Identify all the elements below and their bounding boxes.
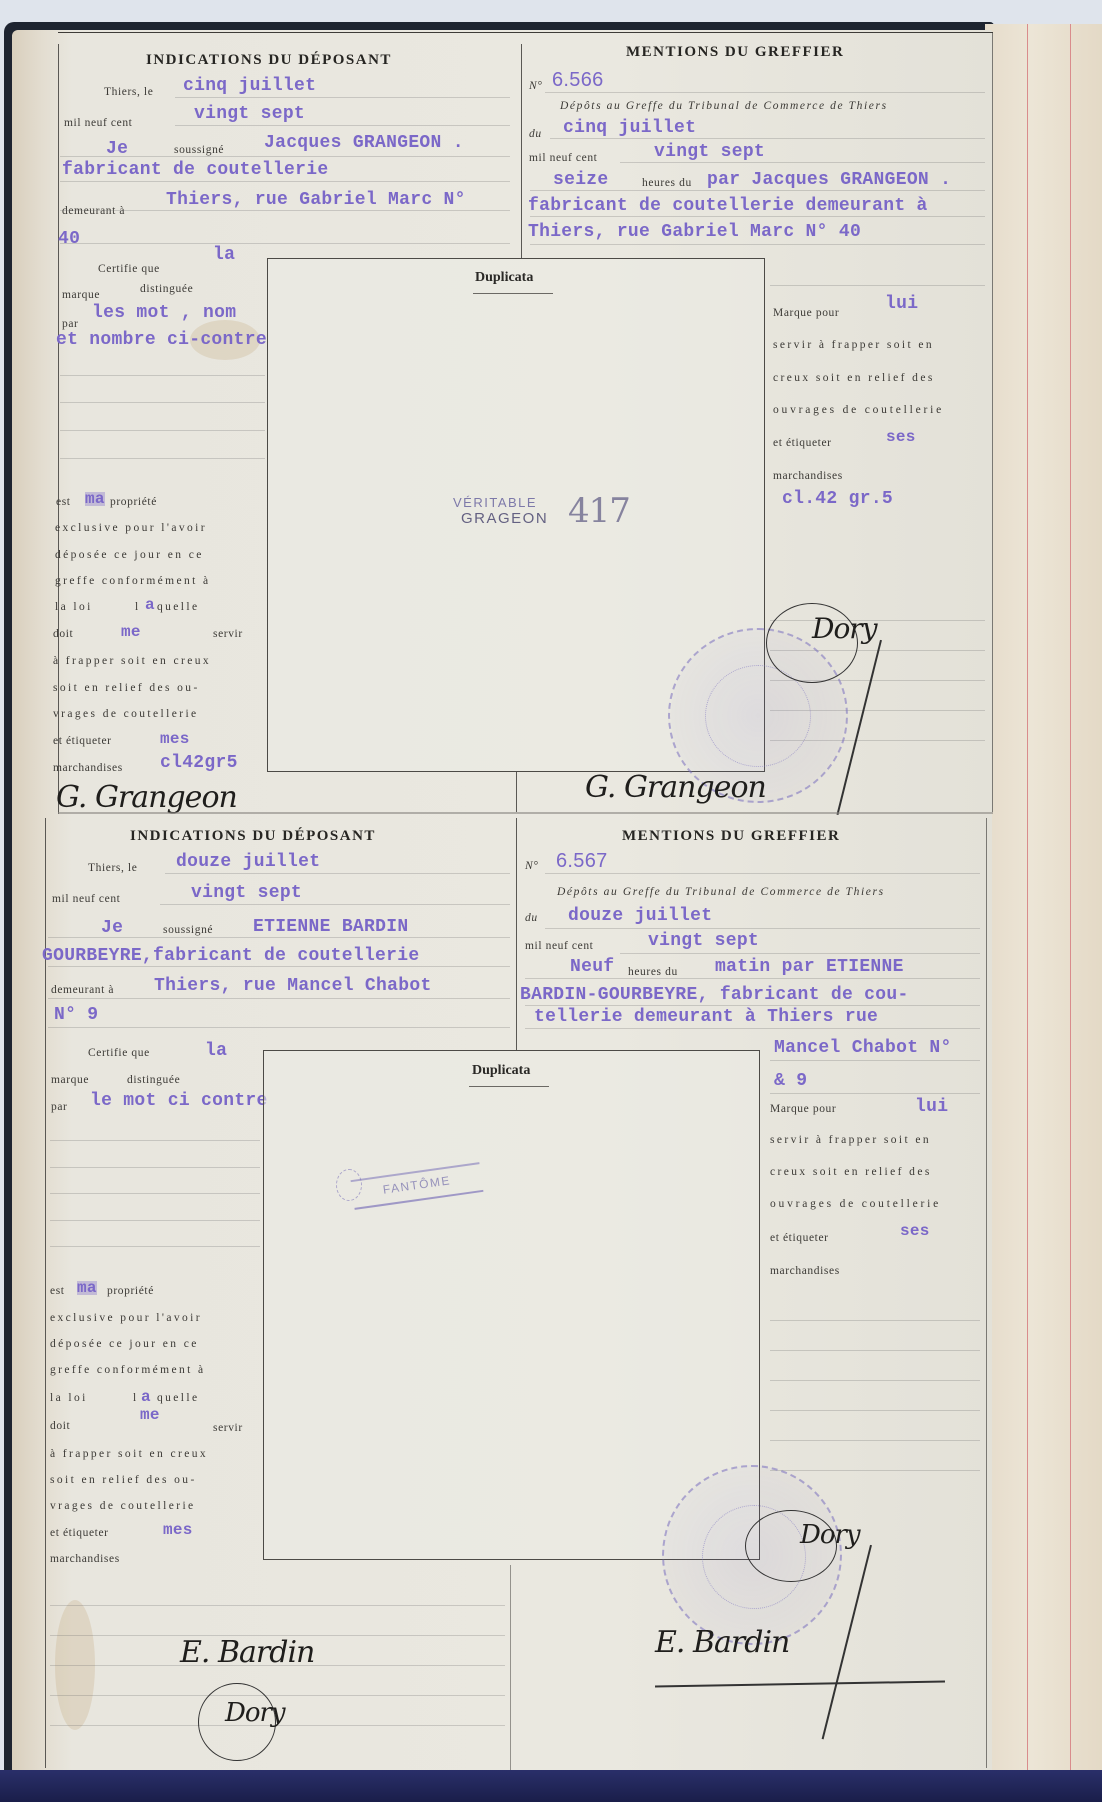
fill-line	[770, 1440, 980, 1441]
registration-detail: & 9	[774, 1071, 807, 1091]
trademark-impression: VÉRITABLE GRAGEON	[453, 495, 548, 527]
clause-line: exclusive pour l'avoir	[50, 1312, 202, 1324]
etiqueter-value: mes	[163, 1521, 193, 1539]
du-label: du	[525, 912, 538, 924]
fill-line	[160, 904, 510, 905]
duplicata-label: Duplicata	[475, 270, 533, 286]
depositor-name: Jacques GRANGEON .	[264, 133, 464, 153]
registration-hour: seize	[553, 170, 609, 190]
fill-line	[60, 243, 510, 244]
duplicata-label: Duplicata	[472, 1063, 530, 1079]
fill-line	[525, 978, 980, 979]
registration-number: 6.566	[552, 69, 604, 92]
year-label: mil neuf cent	[529, 152, 597, 164]
registration-number: 6.567	[556, 850, 608, 873]
clause-line: vrages de coutellerie	[53, 708, 199, 720]
fill-line	[525, 1005, 980, 1006]
par-label: par	[51, 1101, 67, 1113]
fill-line	[50, 1140, 260, 1141]
clerk-signature: Dory	[812, 612, 877, 645]
entry-separator	[58, 812, 993, 814]
clerk-signature: Dory	[800, 1520, 860, 1550]
par-value-cont: et nombre ci-contre	[56, 330, 267, 350]
heures-label: heures du	[642, 177, 692, 189]
clause-line: la loi	[50, 1392, 88, 1404]
laquelle-prefix: l	[135, 601, 139, 613]
year-label: mil neuf cent	[525, 940, 593, 952]
number-label: N°	[525, 860, 538, 872]
clause-line: creux soit en relief des	[773, 372, 935, 384]
trademark-number: 417	[568, 491, 630, 531]
fill-line	[48, 937, 510, 938]
fill-line	[60, 181, 510, 182]
distinguee-label: distinguée	[140, 283, 193, 295]
depositor-name: ETIENNE BARDIN	[253, 917, 408, 937]
certifie-label: Certifie que	[88, 1047, 150, 1059]
marque-pour-value: lui	[885, 294, 918, 314]
fill-line	[545, 92, 985, 93]
deposit-date: cinq juillet	[183, 76, 316, 96]
etiqueter-value: mes	[160, 730, 190, 748]
trademark-text: FANTÔME	[351, 1164, 482, 1201]
certifie-value: la	[213, 245, 235, 265]
fill-line	[50, 1220, 260, 1221]
form-border-right	[992, 32, 993, 812]
depots-text: Dépôts au Greffe du Tribunal de Commerce…	[560, 100, 888, 112]
depositor-address: Thiers, rue Mancel Chabot	[154, 976, 432, 996]
duplicata-underline	[473, 293, 553, 294]
column-divider	[516, 772, 517, 812]
etiqueter-label: et étiqueter	[53, 735, 112, 747]
etiqueter-label: et étiqueter	[770, 1232, 829, 1244]
marque-pour-label: Marque pour	[770, 1103, 836, 1115]
fill-line	[50, 1605, 505, 1606]
column-divider	[521, 44, 522, 259]
fill-line	[770, 1093, 980, 1094]
fill-line	[770, 1350, 980, 1351]
demeurant-label: demeurant à	[62, 205, 125, 217]
doit-label: doit	[53, 628, 73, 640]
du-label: du	[529, 128, 542, 140]
trademark-impression: FANTÔME	[351, 1162, 484, 1210]
trademark-star-icon	[336, 1169, 362, 1201]
number-label: N°	[529, 80, 542, 92]
registration-detail: BARDIN-GOURBEYRE, fabricant de cou-	[520, 985, 909, 1005]
fill-line	[48, 966, 510, 967]
est-value: ma	[85, 492, 105, 506]
fill-line	[525, 1028, 980, 1029]
fill-line	[60, 210, 510, 211]
laquelle-prefix: l	[133, 1392, 137, 1404]
fill-line	[60, 156, 510, 157]
fill-line	[50, 1695, 505, 1696]
depositor-signature: G. Grangeon	[56, 780, 237, 815]
fill-line	[770, 1410, 980, 1411]
doit-value: me	[121, 623, 141, 641]
trademark-line1: VÉRITABLE	[453, 495, 548, 510]
registration-date: cinq juillet	[563, 118, 696, 138]
clause-line: servir à frapper soit en	[770, 1134, 931, 1146]
depots-text: Dépôts au Greffe du Tribunal de Commerce…	[557, 886, 885, 898]
certifie-value: la	[205, 1041, 227, 1061]
fill-line	[620, 162, 985, 163]
propriete-label: propriété	[110, 496, 157, 508]
fill-line	[770, 1380, 980, 1381]
trademark-line2: GRAGEON	[461, 510, 548, 527]
laquelle-value: a	[145, 596, 155, 614]
fill-line	[175, 97, 510, 98]
clause-line: déposée ce jour en ce	[50, 1338, 199, 1350]
depositor-profession: fabricant de coutellerie	[62, 160, 328, 180]
doit-label: doit	[50, 1420, 70, 1432]
year-label: mil neuf cent	[64, 117, 132, 129]
fill-line	[50, 1246, 260, 1247]
demeurant-label: demeurant à	[51, 984, 114, 996]
clause-line: servir à frapper soit en	[773, 339, 934, 351]
greffier-depositor-signature: E. Bardin	[655, 1625, 789, 1660]
soussigne-label: soussigné	[163, 924, 213, 936]
fill-line	[545, 873, 980, 874]
fill-line	[60, 430, 265, 431]
registration-year: vingt sept	[654, 142, 765, 162]
depositor-address: Thiers, rue Gabriel Marc N°	[166, 190, 466, 210]
registration-hour: Neuf	[570, 957, 614, 977]
propriete-label: propriété	[107, 1285, 154, 1297]
deposant-header: INDICATIONS DU DÉPOSANT	[130, 828, 376, 845]
greffier-header: MENTIONS DU GREFFIER	[622, 828, 840, 845]
par-value: les mot , nom	[92, 303, 236, 323]
marque-label: marque	[62, 289, 100, 301]
clause-line: la loi	[55, 601, 93, 613]
registration-detail: matin par ETIENNE	[715, 957, 904, 977]
marchandises-label: marchandises	[50, 1553, 120, 1565]
etiqueter-label: et étiqueter	[773, 437, 832, 449]
fill-line	[530, 244, 985, 245]
etiqueter-label: et étiqueter	[50, 1527, 109, 1539]
deposit-year: vingt sept	[191, 883, 302, 903]
registration-detail: tellerie demeurant à Thiers rue	[534, 1007, 878, 1027]
clause-line: soit en relief des ou-	[53, 682, 200, 694]
registration-detail: Mancel Chabot N°	[774, 1038, 952, 1058]
fill-line	[60, 402, 265, 403]
laquelle-value: a	[141, 1388, 151, 1406]
clause-line: ouvrages de coutellerie	[770, 1198, 941, 1210]
registration-detail: par Jacques GRANGEON .	[707, 170, 951, 190]
depositor-signature: E. Bardin	[180, 1635, 314, 1670]
registration-date: douze juillet	[568, 906, 712, 926]
deposant-header: INDICATIONS DU DÉPOSANT	[146, 52, 392, 69]
je-text: Je	[101, 918, 123, 938]
ledger-margin-line	[1027, 24, 1028, 1784]
marchandises-label: marchandises	[770, 1265, 840, 1277]
fill-line	[770, 1470, 980, 1471]
column-divider	[516, 818, 517, 1050]
fill-line	[175, 125, 510, 126]
est-value: ma	[77, 1281, 97, 1295]
deposit-date: douze juillet	[176, 852, 320, 872]
ledger-margin-line	[1070, 24, 1071, 1784]
duplicata-box: Duplicata FANTÔME	[263, 1050, 760, 1560]
fill-line	[770, 1060, 980, 1061]
ledger-right-page	[985, 24, 1102, 1784]
certifie-label: Certifie que	[98, 263, 160, 275]
depositor-profession: GOURBEYRE,fabricant de coutellerie	[42, 946, 419, 966]
clause-line: greffe conformément à	[50, 1364, 206, 1376]
marque-pour-value: lui	[915, 1097, 948, 1117]
fill-line	[60, 458, 265, 459]
soussigne-label: soussigné	[174, 144, 224, 156]
heures-label: heures du	[628, 966, 678, 978]
clause-line: à frapper soit en creux	[50, 1448, 208, 1460]
fill-line	[48, 998, 510, 999]
marque-label: marque	[51, 1074, 89, 1086]
fill-line	[530, 190, 985, 191]
distinguee-label: distinguée	[127, 1074, 180, 1086]
column-divider	[510, 1565, 511, 1770]
greffier-header: MENTIONS DU GREFFIER	[626, 44, 844, 61]
duplicata-underline	[469, 1086, 549, 1087]
clerk-signature: Dory	[225, 1698, 285, 1728]
fill-line	[545, 928, 980, 929]
fill-line	[530, 216, 985, 217]
registration-year: vingt sept	[648, 931, 759, 951]
fill-line	[48, 1027, 510, 1028]
deposit-year: vingt sept	[194, 104, 305, 124]
fill-line	[770, 285, 985, 286]
registration-detail: fabricant de coutellerie demeurant à	[528, 196, 928, 216]
clause-line: déposée ce jour en ce	[55, 549, 204, 561]
clause-line: vrages de coutellerie	[50, 1500, 196, 1512]
est-label: est	[56, 496, 71, 508]
marchandises-value: cl.42 gr.5	[782, 489, 893, 509]
marchandises-label: marchandises	[53, 762, 123, 774]
clause-line: soit en relief des ou-	[50, 1474, 197, 1486]
fill-line	[60, 375, 265, 376]
laquelle-suffix: quelle	[157, 1392, 200, 1404]
clause-line: ouvrages de coutellerie	[773, 404, 944, 416]
fill-line	[620, 953, 980, 954]
servir-label: servir	[213, 1422, 243, 1434]
fill-line	[50, 1167, 260, 1168]
fill-line	[50, 1193, 260, 1194]
marchandises-label: marchandises	[773, 470, 843, 482]
form-border-right	[986, 818, 987, 1768]
fill-line	[550, 138, 985, 139]
clause-line: greffe conformément à	[55, 575, 211, 587]
par-label: par	[62, 318, 78, 330]
clause-line: creux soit en relief des	[770, 1166, 932, 1178]
etiqueter-value: ses	[886, 428, 916, 446]
year-label: mil neuf cent	[52, 893, 120, 905]
servir-label: servir	[213, 628, 243, 640]
laquelle-suffix: quelle	[157, 601, 200, 613]
form-border-top	[58, 32, 993, 33]
place-label: Thiers, le	[104, 86, 153, 98]
marque-pour-label: Marque pour	[773, 307, 839, 319]
fill-line	[165, 873, 510, 874]
form-border-left	[58, 44, 59, 814]
place-label: Thiers, le	[88, 862, 137, 874]
marchandises-value: cl42gr5	[160, 753, 238, 773]
clause-line: à frapper soit en creux	[53, 655, 211, 667]
doit-value: me	[140, 1406, 160, 1424]
greffier-depositor-signature: G. Grangeon	[585, 770, 766, 805]
registration-detail: Thiers, rue Gabriel Marc N° 40	[528, 222, 861, 242]
par-value: le mot ci contre	[90, 1091, 268, 1111]
clause-line: exclusive pour l'avoir	[55, 522, 207, 534]
depositor-address-number: N° 9	[54, 1005, 98, 1025]
book-binding-bottom	[0, 1770, 1102, 1802]
depositor-address-number: 40	[58, 229, 80, 249]
etiqueter-value: ses	[900, 1222, 930, 1240]
est-label: est	[50, 1285, 65, 1297]
fill-line	[770, 1320, 980, 1321]
